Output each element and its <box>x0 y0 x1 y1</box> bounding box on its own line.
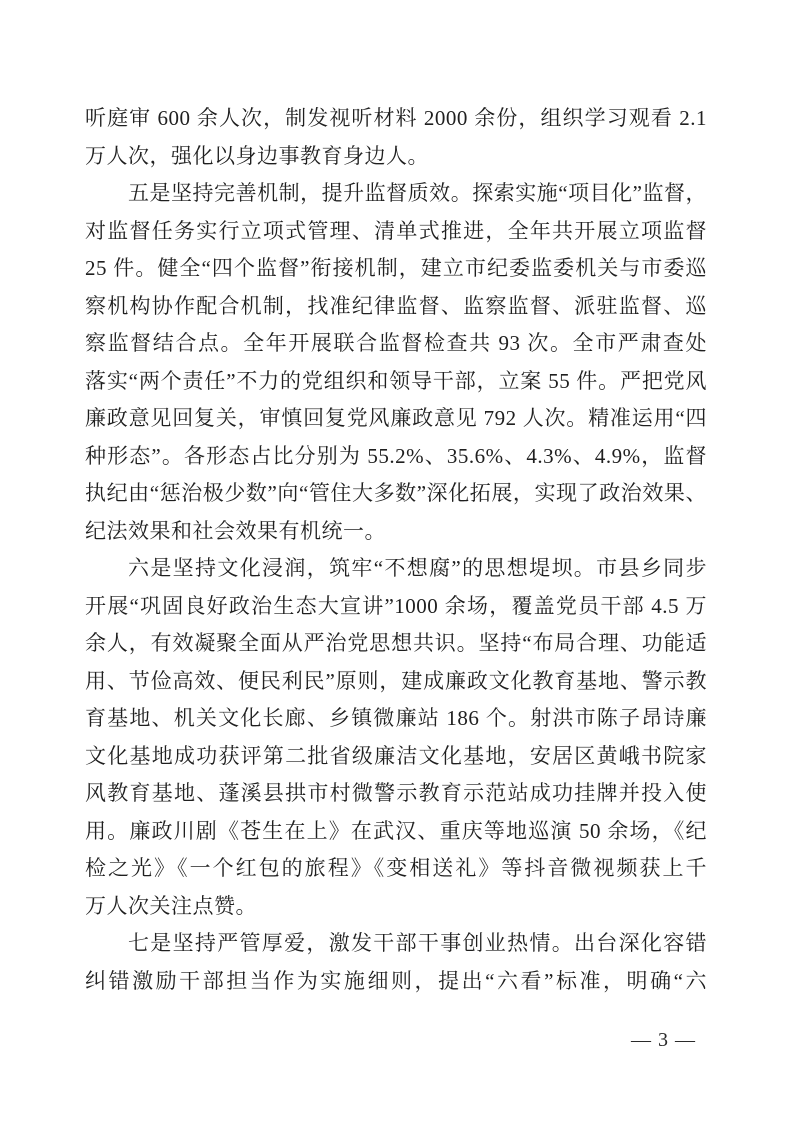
text-line: 五是坚持完善机制，提升监督质效。探索实施“项目化”监督， <box>85 175 707 213</box>
text-line: 察机构协作配合机制，找准纪律监督、监察监督、派驻监督、巡 <box>85 288 707 326</box>
text-line: 纪法效果和社会效果有机统一。 <box>85 513 707 551</box>
text-line: 种形态”。各形态占比分别为 55.2%、35.6%、4.3%、4.9%，监督 <box>85 438 707 476</box>
text-line: 用、节俭高效、便民利民”原则，建成廉政文化教育基地、警示教 <box>85 663 707 701</box>
text-line: 文化基地成功获评第二批省级廉洁文化基地，安居区黄峨书院家 <box>85 738 707 776</box>
text-line: 风教育基地、蓬溪县拱市村微警示教育示范站成功挂牌并投入使 <box>85 775 707 813</box>
text-line: 25 件。健全“四个监督”衔接机制，建立市纪委监委机关与市委巡 <box>85 250 707 288</box>
text-line: 检之光》《一个红包的旅程》《变相送礼》等抖音微视频获上千 <box>85 850 707 888</box>
text-line: 六是坚持文化浸润，筑牢“不想腐”的思想堤坝。市县乡同步 <box>85 550 707 588</box>
text-line: 开展“巩固良好政治生态大宣讲”1000 余场，覆盖党员干部 4.5 万 <box>85 588 707 626</box>
text-line: 余人，有效凝聚全面从严治党思想共识。坚持“布局合理、功能适 <box>85 625 707 663</box>
page-number: — 3 — <box>631 1026 696 1054</box>
text-line: 执纪由“惩治极少数”向“管住大多数”深化拓展，实现了政治效果、 <box>85 475 707 513</box>
text-line: 听庭审 600 余人次，制发视听材料 2000 余份，组织学习观看 2.1 <box>85 100 707 138</box>
text-line: 育基地、机关文化长廊、乡镇微廉站 186 个。射洪市陈子昂诗廉 <box>85 700 707 738</box>
text-line: 落实“两个责任”不力的党组织和领导干部，立案 55 件。严把党风 <box>85 363 707 401</box>
document-page: 听庭审 600 余人次，制发视听材料 2000 余份，组织学习观看 2.1 万人… <box>0 0 793 1122</box>
text-line: 万人次关注点赞。 <box>85 888 707 926</box>
text-line: 万人次，强化以身边事教育身边人。 <box>85 138 707 176</box>
text-line: 纠错激励干部担当作为实施细则，提出“六看”标准，明确“六 <box>85 963 707 1001</box>
text-line: 用。廉政川剧《苍生在上》在武汉、重庆等地巡演 50 余场，《纪 <box>85 813 707 851</box>
text-line: 七是坚持严管厚爱，激发干部干事创业热情。出台深化容错 <box>85 925 707 963</box>
text-line: 对监督任务实行立项式管理、清单式推进，全年共开展立项监督 <box>85 213 707 251</box>
page-body-text: 听庭审 600 余人次，制发视听材料 2000 余份，组织学习观看 2.1 万人… <box>85 100 707 1000</box>
text-line: 察监督结合点。全年开展联合监督检查共 93 次。全市严肃查处 <box>85 325 707 363</box>
text-line: 廉政意见回复关，审慎回复党风廉政意见 792 人次。精准运用“四 <box>85 400 707 438</box>
